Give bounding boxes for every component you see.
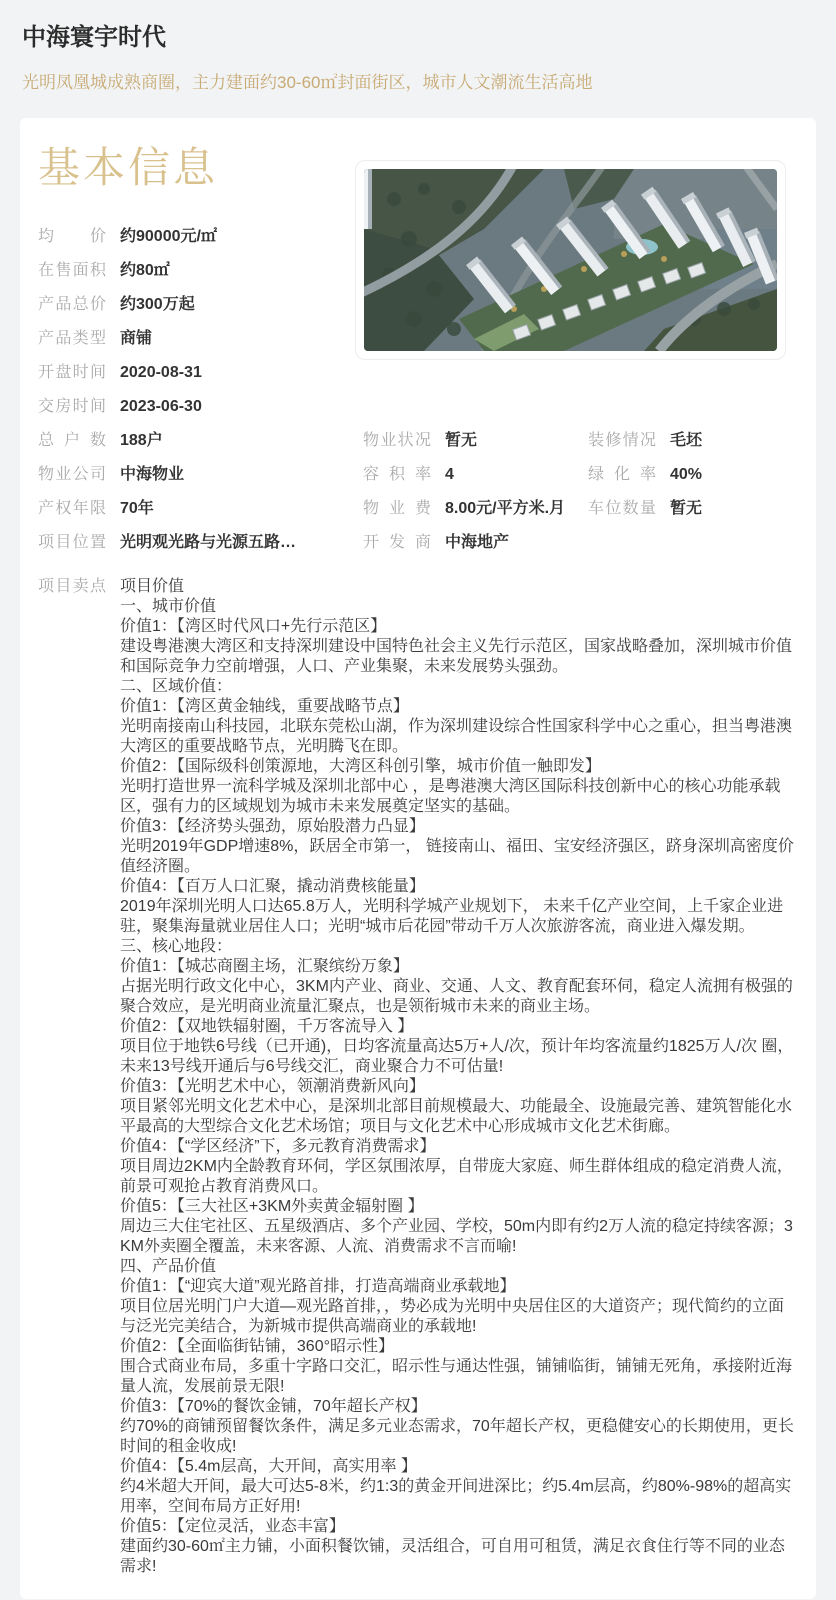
fields-column-3: 装修情况 毛坯 绿化率 40% 车位数量 暂无 [588,432,798,534]
field-label: 产品类型 [38,330,106,348]
field-row: 均价 约90000元/㎡ [38,228,378,246]
selling-point-line: 2019年深圳光明人口达65.8万人，光明科学城产业规划下， 未来千亿产业空间，… [120,897,798,937]
basic-info-card: 基本信息 [20,118,816,1599]
field-label: 总户数 [38,432,106,450]
field-label: 交房时间 [38,398,106,416]
field-row: 车位数量 暂无 [588,500,798,518]
selling-point-line: 价值4：【5.4m层高，大开间，高实用率 】 [120,1457,798,1477]
field-label: 开盘时间 [38,364,106,382]
selling-point-line: 项目位于地铁6号线（已开通)，日均客流量高达5万+人/次，预计年均客流量约182… [120,1037,798,1077]
field-value: 4 [445,466,454,484]
field-value: 40% [670,466,702,484]
fields-column-2: 物业状况 暂无 容积率 4 物业费 8.00元/平方米.月 开发商 中海地产 [363,432,588,568]
selling-point-line: 价值3：【经济势头强劲，原始股潜力凸显】 [120,817,798,837]
selling-point-line: 价值4：【百万人口汇聚，撬动消费核能量】 [120,877,798,897]
selling-point-line: 建设粤港澳大湾区和支持深圳建设中国特色社会主义先行示范区，国家战略叠加，深圳城市… [120,637,798,677]
project-aerial-image[interactable] [355,160,786,360]
field-row: 容积率 4 [363,466,588,484]
field-label: 物业状况 [363,432,431,450]
selling-point-line: 光明打造世界一流科学城及深圳北部中心 ，是粤港澳大湾区国际科技创新中心的核心功能… [120,777,798,817]
field-label: 容积率 [363,466,431,484]
selling-point-line: 价值3：【光明艺术中心，领潮消费新风向】 [120,1077,798,1097]
selling-point-line: 价值1：【湾区黄金轴线，重要战略节点】 [120,697,798,717]
selling-point-line: 三、核心地段： [120,937,798,957]
selling-point-line: 项目周边2KM内全龄教育环伺，学区氛围浓厚，自带庞大家庭、师生群体组成的稳定消费… [120,1157,798,1197]
field-row: 产品类型 商铺 [38,330,378,348]
field-label: 项目位置 [38,534,106,552]
page-title: 中海寰宇时代 [22,24,814,52]
field-row: 物业公司 中海物业 [38,466,363,484]
selling-point-line: 价值3：【70%的餐饮金铺，70年超长产权】 [120,1397,798,1417]
field-value: 2023-06-30 [120,398,202,416]
selling-point-line: 价值1：【湾区时代风口+先行示范区】 [120,617,798,637]
field-row: 项目位置 光明观光路与光源五路… [38,534,363,552]
field-row: 物业状况 暂无 [363,432,588,450]
selling-point-line: 价值5：【三大社区+3KM外卖黄金辐射圈 】 [120,1197,798,1217]
selling-point-line: 二、区域价值： [120,677,798,697]
field-row: 开发商 中海地产 [363,534,588,552]
selling-point-line: 价值2：【国际级科创策源地，大湾区科创引擎，城市价值一触即发】 [120,757,798,777]
field-value: 中海物业 [120,466,184,484]
fields-column-1: 总户数 188户 物业公司 中海物业 产权年限 70年 项目位置 光明观光路与光… [38,432,363,568]
field-row: 开盘时间 2020-08-31 [38,364,378,382]
selling-point-line: 占据光明行政文化中心，3KM内产业、商业、交通、人文、教育配套环伺，稳定人流拥有… [120,977,798,1017]
selling-point-line: 光明2019年GDP增速8%，跃居全市第一， 链接南山、福田、宝安经济强区，跻身… [120,837,798,877]
field-value: 约300万起 [120,296,195,314]
field-value: 2020-08-31 [120,364,202,382]
aerial-rendering-graphic [364,169,777,351]
field-value: 8.00元/平方米.月 [445,500,565,518]
selling-point-line: 价值5：【定位灵活，业态丰富】 [120,1517,798,1537]
field-label: 在售面积 [38,262,106,280]
selling-point-line: 价值2：【双地铁辐射圈，千万客流导入 】 [120,1017,798,1037]
field-row: 绿化率 40% [588,466,798,484]
selling-point-line: 项目紧邻光明文化艺术中心，是深圳北部目前规模最大、功能最全、设施最完善、建筑智能… [120,1097,798,1137]
field-value: 70年 [120,500,154,518]
field-value: 暂无 [670,500,702,518]
selling-point-line: 项目价值 [120,577,798,597]
selling-point-line: 约4米超大开间，最大可达5-8米，约1:3的黄金开间进深比；约5.4m层高，约8… [120,1477,798,1517]
selling-point-line: 项目位居光明门户大道—观光路首排，，势必成为光明中央居住区的大道资产；现代简约的… [120,1297,798,1337]
field-label: 产品总价 [38,296,106,314]
selling-point-line: 价值2：【全面临街钻铺，360°昭示性】 [120,1337,798,1357]
selling-point-line: 周边三大住宅社区、五星级酒店、多个产业园、学校，50m内即有约2万人流的稳定持续… [120,1217,798,1257]
fields-left-top: 均价 约90000元/㎡ 在售面积 约80㎡ 产品总价 约300万起 产品类型 … [38,228,378,416]
field-label: 均价 [38,228,106,246]
field-row: 物业费 8.00元/平方米.月 [363,500,588,518]
selling-point-line: 围合式商业布局，多重十字路口交汇，昭示性与通达性强，铺铺临街，铺铺无死角，承接附… [120,1357,798,1397]
field-value: 中海地产 [445,534,509,552]
selling-point-line: 价值4：【“学区经济”下，多元教育消费需求】 [120,1137,798,1157]
selling-point-line: 建面约30-60㎡主力铺，小面积餐饮铺，灵活组合，可自用可租赁，满足衣食住行等不… [120,1537,798,1577]
field-row: 产品总价 约300万起 [38,296,378,314]
selling-point-line: 四、产品价值 [120,1257,798,1277]
field-label: 开发商 [363,534,431,552]
selling-points-section: 项目卖点 项目价值一、城市价值价值1：【湾区时代风口+先行示范区】建设粤港澳大湾… [38,577,798,1577]
field-value: 光明观光路与光源五路… [120,534,296,552]
field-value: 约80㎡ [120,262,170,280]
field-value: 商铺 [120,330,152,348]
page-subtitle: 光明凤凰城成熟商圈，主力建面约30-60㎡封面街区，城市人文潮流生活高地 [22,72,814,94]
selling-point-line: 光明南接南山科技园，北联东莞松山湖，作为深圳建设综合性国家科学中心之重心，担当粤… [120,717,798,757]
fields-grid: 总户数 188户 物业公司 中海物业 产权年限 70年 项目位置 光明观光路与光… [38,432,798,568]
field-value: 毛坯 [670,432,702,450]
field-label: 产权年限 [38,500,106,518]
selling-point-line: 价值1：【“迎宾大道”观光路首排，打造高端商业承载地】 [120,1277,798,1297]
selling-point-line: 约70%的商铺预留餐饮条件，满足多元业态需求，70年超长产权，更稳健安心的长期使… [120,1417,798,1457]
field-value: 188户 [120,432,163,450]
selling-point-line: 一、城市价值 [120,597,798,617]
field-row: 装修情况 毛坯 [588,432,798,450]
field-row: 总户数 188户 [38,432,363,450]
selling-points-label: 项目卖点 [38,577,106,1577]
field-value: 约90000元/㎡ [120,228,217,246]
field-label: 绿化率 [588,466,656,484]
field-value: 暂无 [445,432,477,450]
field-label: 物业费 [363,500,431,518]
page-header: 中海寰宇时代 光明凤凰城成熟商圈，主力建面约30-60㎡封面街区，城市人文潮流生… [0,0,836,94]
field-row: 交房时间 2023-06-30 [38,398,378,416]
field-row: 在售面积 约80㎡ [38,262,378,280]
field-label: 物业公司 [38,466,106,484]
field-label: 车位数量 [588,500,656,518]
selling-points-text: 项目价值一、城市价值价值1：【湾区时代风口+先行示范区】建设粤港澳大湾区和支持深… [120,577,798,1577]
field-label: 装修情况 [588,432,656,450]
selling-point-line: 价值1：【城芯商圈主场，汇聚缤纷万象】 [120,957,798,977]
field-row: 产权年限 70年 [38,500,363,518]
